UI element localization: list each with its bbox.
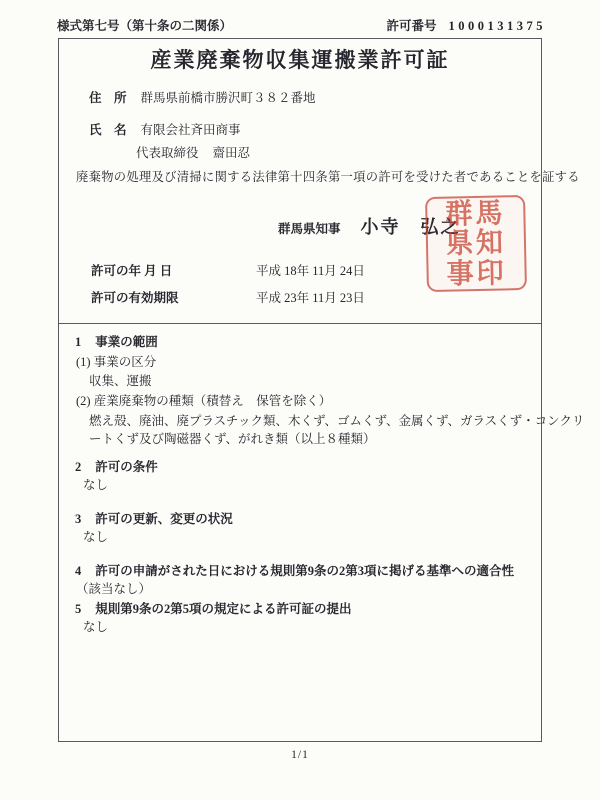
address-label: 住 所 [89,90,127,107]
section-3-value: なし [83,529,108,546]
section-5-value: なし [83,619,108,636]
permit-date-row: 許可の年 月 日 [91,263,172,280]
permit-date-label: 許可の年 月 日 [91,264,172,278]
name-value: 有限会社斉田商事 [141,122,241,139]
section-2-value: なし [83,477,108,494]
section-1-sub1-value: 収集、運搬 [89,373,152,390]
expiry-row: 許可の有効期限 [91,290,179,307]
section-3-title: 許可の更新、変更の状況 [95,511,233,528]
official-seal-stamp: 群馬県知事印 [425,195,527,292]
section-5-number: 5 [75,601,81,618]
section-4-heading: 4 許可の申請がされた日における規則第9条の2第3項に掲げる基準への適合性 [75,563,514,580]
section-1-sub2-value-line1: 燃え殻、廃油、廃プラスチック類、木くず、ゴムくず、金属くず、ガラスくず・コンクリ [89,413,584,430]
permit-number-value: 1000131375 [449,19,547,34]
issuer-title: 群馬県知事 [278,221,341,238]
expiry-value: 平成 23年 11月 23日 [256,290,365,307]
section-5-heading: 5 規則第9条の2第5項の規定による許可証の提出 [75,601,352,618]
section-2-heading: 2 許可の条件 [75,459,158,476]
representative-name: 齋田忍 [213,145,251,162]
certification-statement: 廃棄物の処理及び清掃に関する法律第十四条第一項の許可を受けた者であることを証する [76,169,580,186]
permit-number: 許可番号 1000131375 [386,16,546,34]
section-4-value: （該当なし） [76,581,151,598]
section-5-title: 規則第9条の2第5項の規定による許可証の提出 [95,601,351,618]
section-4-title: 許可の申請がされた日における規則第9条の2第3項に掲げる基準への適合性 [95,563,514,580]
name-label: 氏 名 [89,122,127,139]
name-row: 氏 名 有限会社斉田商事 [89,122,241,139]
permit-date-value: 平成 18年 11月 24日 [256,263,365,280]
address-value: 群馬県前橋市勝沢町３８２番地 [141,90,316,107]
form-number: 様式第七号（第十条の二関係） [57,16,232,34]
seal-text: 群馬県知事印 [431,198,521,289]
section-2-number: 2 [75,459,81,476]
section-1-sub2-label: (2) 産業廃棄物の種類（積替え 保管を除く） [76,393,331,410]
document-header: 様式第七号（第十条の二関係） 許可番号 1000131375 [57,16,546,34]
representative-title: 代表取締役 [136,145,199,162]
section-4-number: 4 [75,563,81,580]
certificate-frame: 産業廃棄物収集運搬業許可証 住 所 群馬県前橋市勝沢町３８２番地 氏 名 有限会… [58,38,542,742]
permit-number-label: 許可番号 [386,16,436,34]
section-1-sub2-value-line2: ートくず及び陶磁器くず、がれき類（以上８種類） [89,431,376,448]
address-row: 住 所 群馬県前橋市勝沢町３８２番地 [89,90,316,107]
section-1-title: 事業の範囲 [95,334,158,351]
scanned-permit-document: 様式第七号（第十条の二関係） 許可番号 1000131375 産業廃棄物収集運搬… [0,0,600,800]
certificate-title: 産業廃棄物収集運搬業許可証 [59,44,541,74]
section-3-number: 3 [75,511,81,528]
section-1-sub1-label: (1) 事業の区分 [76,354,156,371]
page-number: 1/1 [0,749,600,761]
representative-row: 代表取締役 齋田忍 [136,145,250,162]
section-1-number: 1 [75,334,81,351]
section-1-heading: 1 事業の範囲 [75,334,158,351]
section-divider [58,323,542,324]
expiry-label: 許可の有効期限 [91,291,179,305]
section-2-title: 許可の条件 [95,459,158,476]
section-3-heading: 3 許可の更新、変更の状況 [75,511,233,528]
